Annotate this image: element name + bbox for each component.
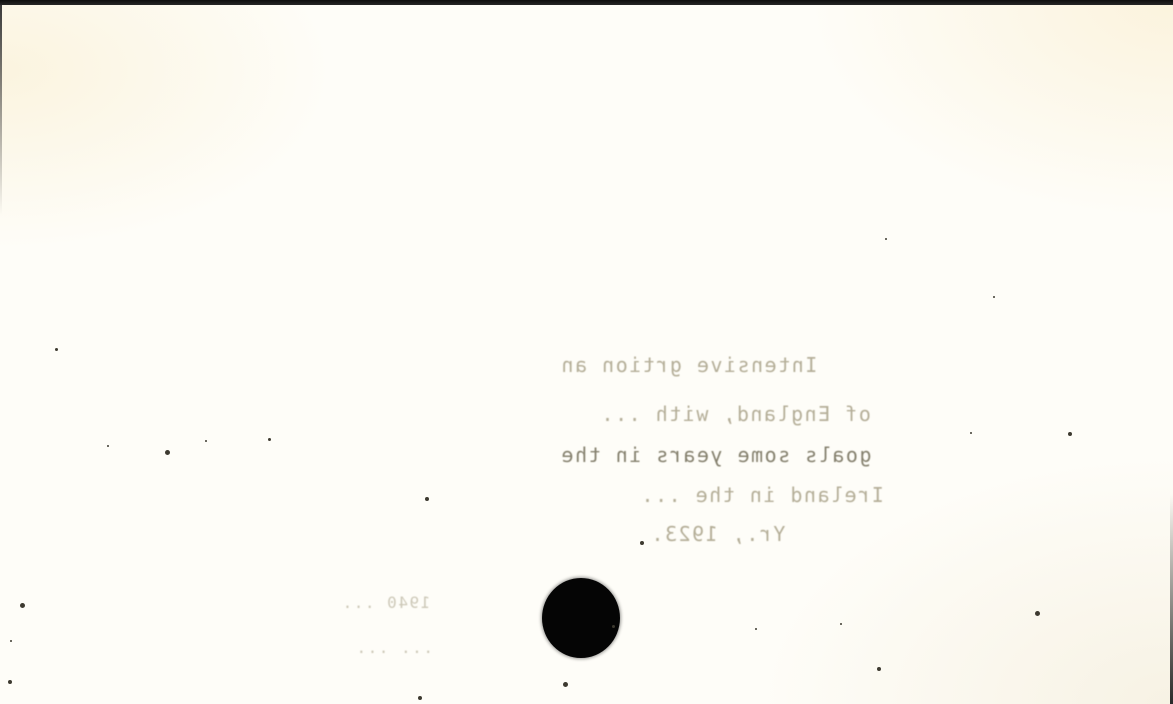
- card-top-border: [0, 0, 1173, 5]
- paper-speck: [205, 440, 207, 442]
- card-left-edge: [0, 5, 2, 704]
- paper-speck: [993, 296, 995, 298]
- paper-speck: [107, 445, 109, 447]
- paper-speck: [418, 696, 422, 700]
- paper-speck: [1035, 611, 1040, 616]
- paper-speck: [20, 603, 25, 608]
- show-through-line-7: ... ...: [355, 638, 433, 657]
- punch-hole: [542, 578, 620, 658]
- paper-speck: [563, 682, 568, 687]
- paper-speck: [165, 450, 170, 455]
- paper-speck: [885, 238, 887, 240]
- paper-speck: [755, 628, 757, 630]
- paper-speck: [840, 623, 842, 625]
- show-through-line-3: goals some years in the: [560, 443, 871, 467]
- paper-speck: [612, 625, 615, 628]
- paper-speck: [1068, 432, 1072, 436]
- paper-speck: [640, 541, 644, 545]
- paper-speck: [55, 348, 58, 351]
- paper-speck: [8, 680, 12, 684]
- paper-speck: [877, 667, 881, 671]
- show-through-line-2: of England, with ...: [600, 402, 871, 426]
- show-through-line-6: 1940 ...: [330, 593, 430, 612]
- show-through-line-1: Intensive grtion an: [560, 353, 817, 377]
- paper-speck: [10, 640, 12, 642]
- show-through-line-4: Ireland in the ...: [640, 483, 884, 507]
- show-through-line-5: Yr., 1923.: [650, 522, 785, 546]
- index-card: Intensive grtion an of England, with ...…: [0, 0, 1173, 704]
- paper-speck: [425, 497, 429, 501]
- paper-speck: [970, 432, 972, 434]
- paper-speck: [268, 438, 271, 441]
